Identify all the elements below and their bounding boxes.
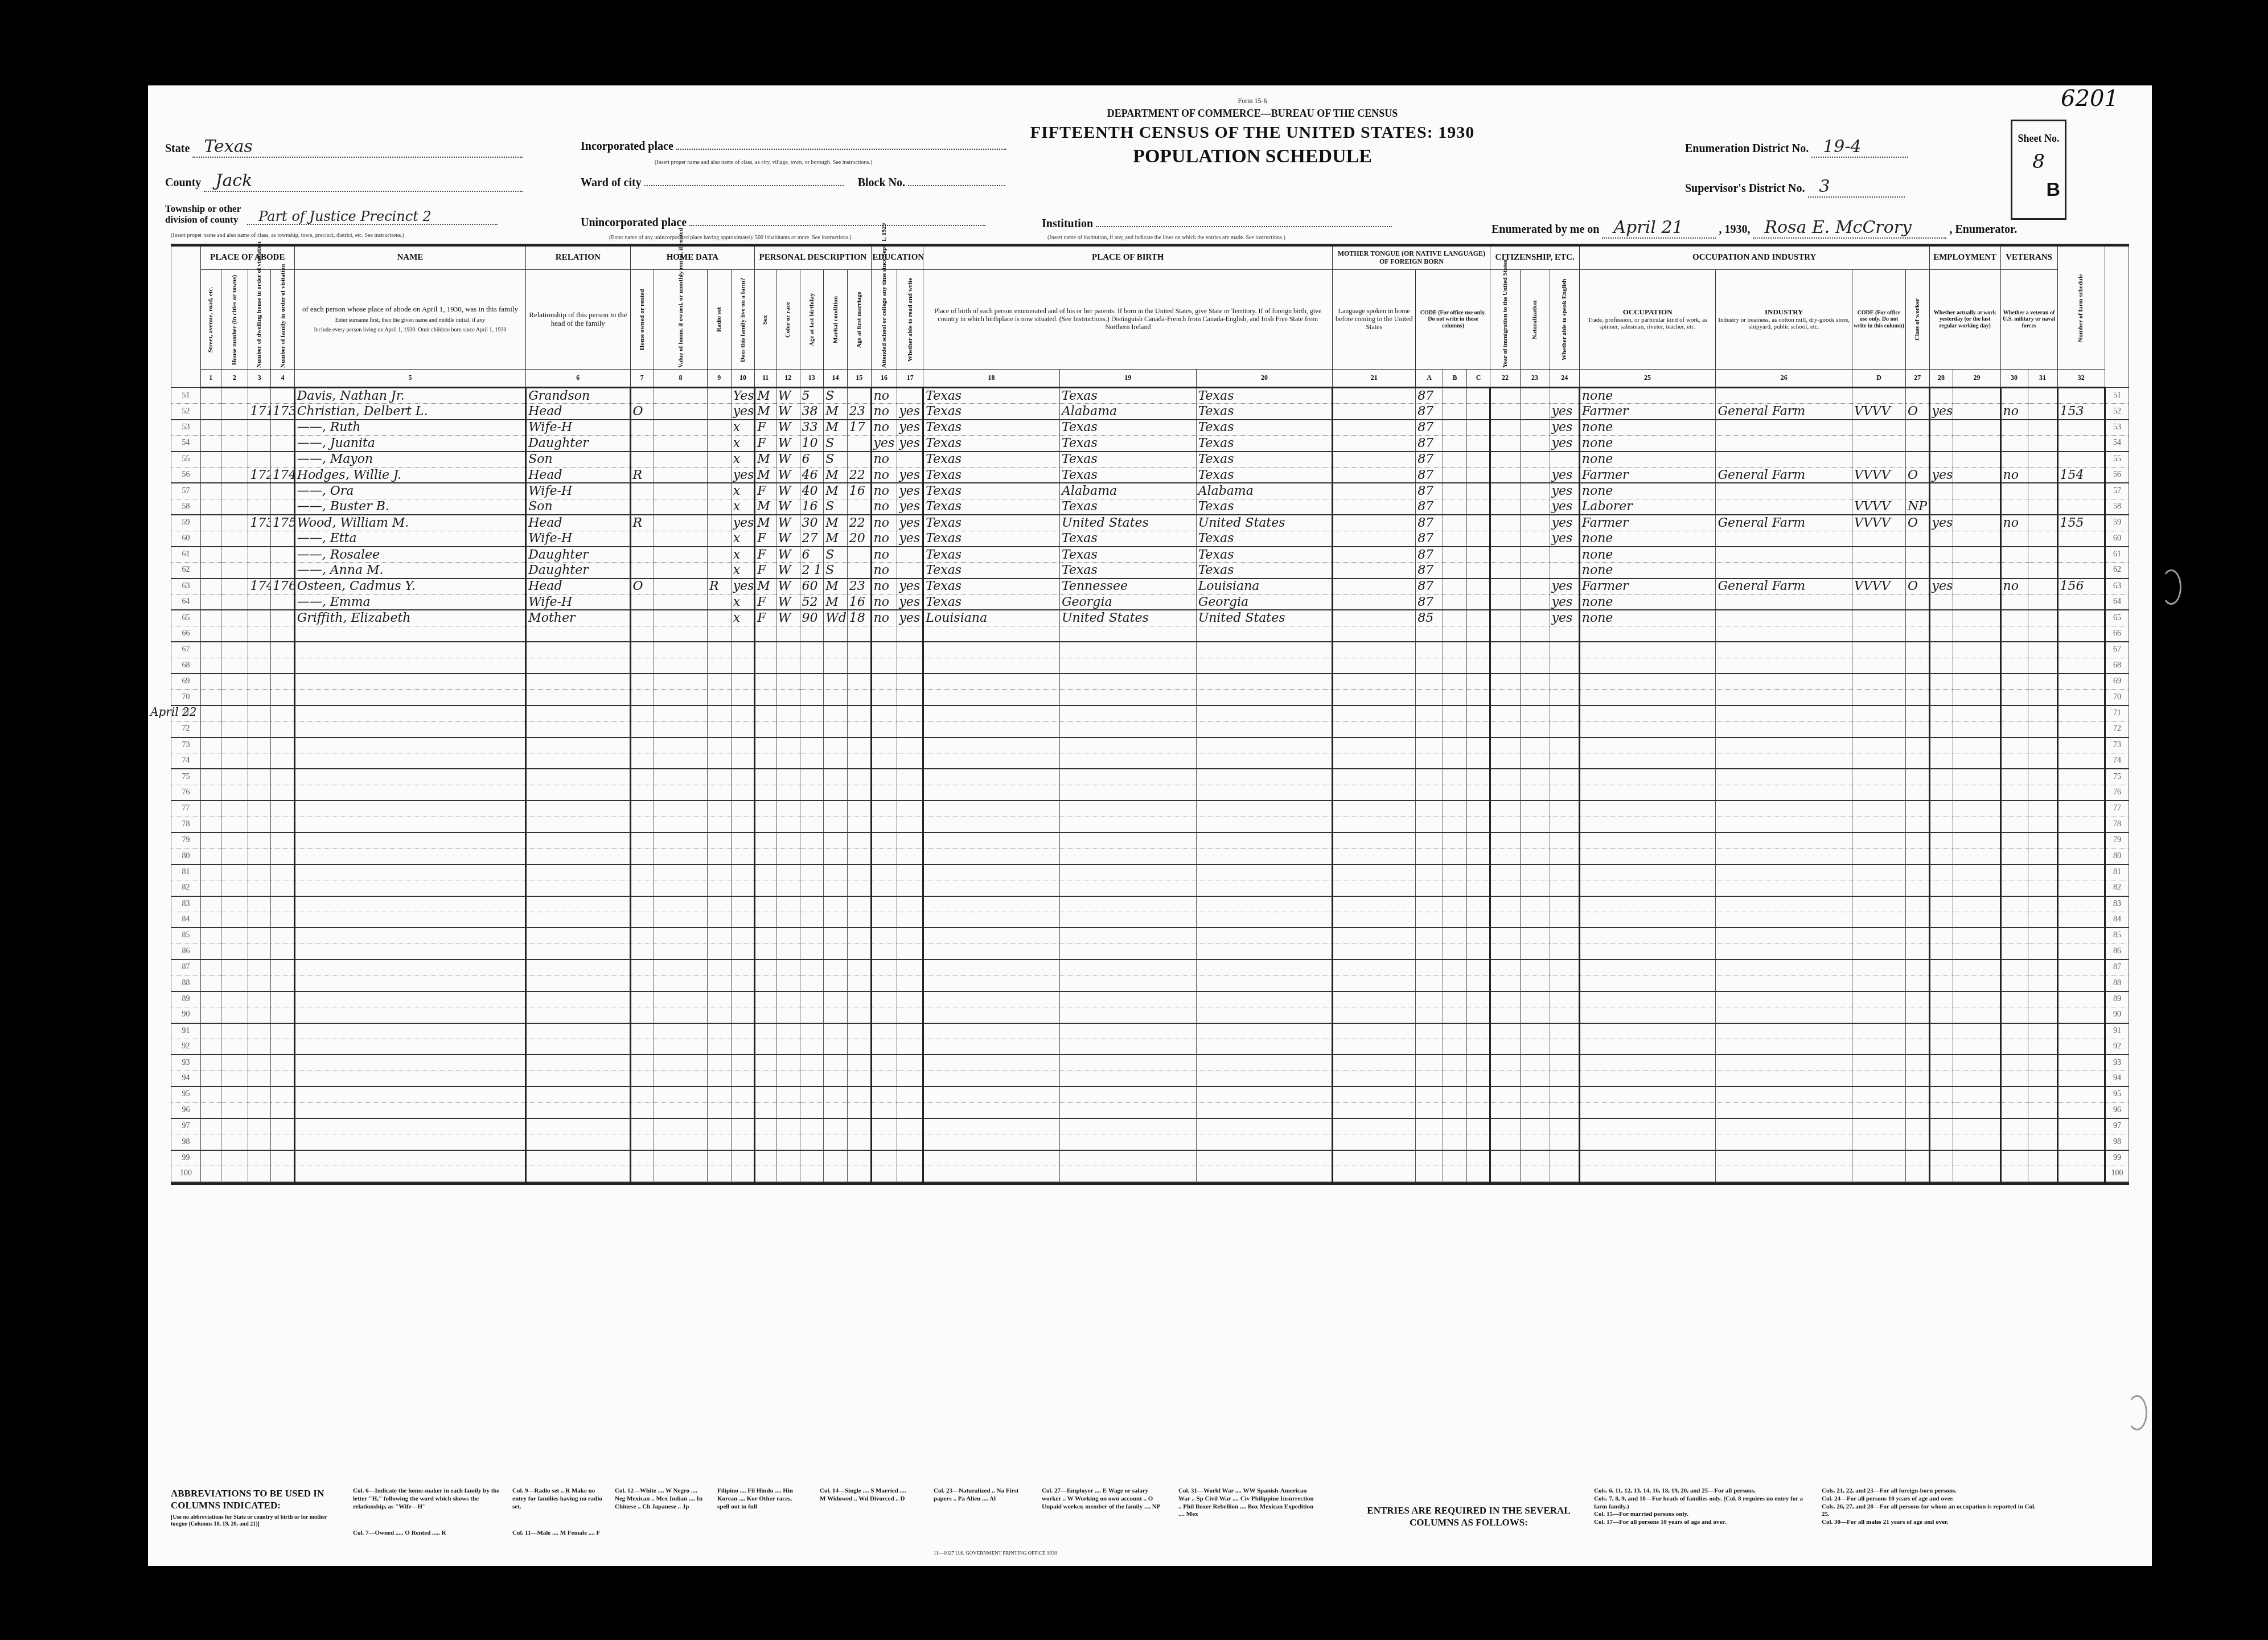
cell-marital [824, 1039, 848, 1055]
cell-ind-code [1852, 626, 1906, 642]
line-number: 97 [171, 1118, 201, 1134]
cell-language [1333, 579, 1416, 594]
cell-code-a [1416, 880, 1443, 896]
cell-race [776, 833, 800, 848]
cell-value [654, 452, 708, 468]
line-number-right: 93 [2105, 1055, 2129, 1071]
cell-relation [526, 896, 630, 912]
cell-race [776, 769, 800, 785]
cell-farm-schedule [2057, 594, 2105, 610]
cell-english [1550, 912, 1579, 928]
cell-english [1550, 626, 1579, 642]
line-number: 75 [171, 769, 201, 785]
cell-unemp-line [1953, 880, 2000, 896]
cell-worker-class [1905, 594, 1929, 610]
cell-occupation [1579, 928, 1716, 944]
cell-age: 10 [800, 436, 824, 452]
cell-code-b [1443, 579, 1467, 594]
cell-ind-code [1852, 785, 1906, 801]
cell-owned [630, 1023, 654, 1039]
cell-birth-mother [1196, 848, 1333, 864]
cell-race [776, 674, 800, 690]
cell-war [2028, 610, 2057, 626]
cell-house [221, 1055, 248, 1071]
cell-sex [755, 785, 776, 801]
line-number: 99 [171, 1150, 201, 1166]
cell-language [1333, 864, 1416, 880]
table-row: 63174176Osteen, Cadmus Y.HeadORyesMW60M2… [171, 579, 2129, 594]
cell-owned [630, 436, 654, 452]
cell-read [897, 658, 923, 674]
cell-race [776, 1086, 800, 1102]
cell-veteran [2000, 880, 2028, 896]
table-row: 62——, Anna M.DaughterxFW2 11/12SnoTexasT… [171, 563, 2129, 579]
cell-language [1333, 594, 1416, 610]
cell-veteran [2000, 499, 2028, 515]
cell-immigration [1490, 1055, 1520, 1071]
cell-birth-mother: Georgia [1196, 594, 1333, 610]
cell-radio: R [707, 579, 731, 594]
cell-farm: x [731, 531, 755, 547]
cell-house [221, 563, 248, 579]
cell-worker-class: NP [1905, 499, 1929, 515]
cell-worker-class [1905, 880, 1929, 896]
cell-value [654, 928, 708, 944]
cell-birth-person [923, 1007, 1060, 1023]
cell-farm [731, 880, 755, 896]
cell-sex [755, 1118, 776, 1134]
cell-house [221, 1039, 248, 1055]
cell-ind-code [1852, 531, 1906, 547]
cell-occupation: none [1579, 420, 1716, 436]
cell-veteran [2000, 706, 2028, 721]
cell-ind-code [1852, 547, 1906, 563]
cell-sex [755, 928, 776, 944]
cell-farm-schedule [2057, 991, 2105, 1007]
cell-occupation [1579, 737, 1716, 753]
cell-code-a [1416, 912, 1443, 928]
cell-code-c [1466, 975, 1490, 991]
cell-age: 60 [800, 579, 824, 594]
cell-war [2028, 1023, 2057, 1039]
cell-read [897, 642, 923, 658]
cell-unemp-line [1953, 1134, 2000, 1150]
cell-race [776, 1134, 800, 1150]
cell-age [800, 1134, 824, 1150]
cell-name: Griffith, Elizabeth [294, 610, 525, 626]
cell-farm-schedule [2057, 785, 2105, 801]
cell-relation: Son [526, 499, 630, 515]
cell-street [201, 737, 221, 753]
cell-naturalization [1520, 833, 1550, 848]
cell-unemp-line [1953, 928, 2000, 944]
cell-farm-schedule [2057, 864, 2105, 880]
cell-age-marriage [847, 563, 871, 579]
line-number-right: 76 [2105, 785, 2129, 801]
cell-ind-code [1852, 864, 1906, 880]
cell-naturalization [1520, 420, 1550, 436]
cell-house [221, 848, 248, 864]
cell-family [271, 674, 295, 690]
cell-industry [1716, 785, 1852, 801]
cell-birth-person: Texas [923, 467, 1060, 483]
cell-code-b [1443, 467, 1467, 483]
cell-dwelling [248, 1166, 271, 1182]
cell-code-c [1466, 404, 1490, 420]
cell-code-c [1466, 721, 1490, 737]
cell-ind-code [1852, 960, 1906, 975]
cell-naturalization [1520, 753, 1550, 769]
cell-farm [731, 658, 755, 674]
cell-veteran [2000, 436, 2028, 452]
cell-code-c [1466, 436, 1490, 452]
cell-owned [630, 896, 654, 912]
cell-farm [731, 1118, 755, 1134]
cell-birth-person [923, 864, 1060, 880]
cell-sex [755, 848, 776, 864]
cell-dwelling: 174 [248, 579, 271, 594]
cell-age [800, 975, 824, 991]
cell-race [776, 975, 800, 991]
line-number-right: 58 [2105, 499, 2129, 515]
cell-code-c [1466, 769, 1490, 785]
cell-occupation [1579, 626, 1716, 642]
cell-race [776, 753, 800, 769]
cell-read: yes [897, 499, 923, 515]
cell-immigration [1490, 721, 1520, 737]
cell-radio [707, 658, 731, 674]
cell-dwelling [248, 706, 271, 721]
cell-marital [824, 1055, 848, 1071]
cell-farm [731, 864, 755, 880]
cell-house [221, 626, 248, 642]
cell-war [2028, 499, 2057, 515]
cell-race [776, 817, 800, 833]
line-number: 62 [171, 563, 201, 579]
cell-marital [824, 880, 848, 896]
cell-ind-code [1852, 1166, 1906, 1182]
cell-school [871, 912, 897, 928]
cell-ind-code [1852, 1150, 1906, 1166]
cell-street [201, 785, 221, 801]
cell-sex: F [755, 594, 776, 610]
cell-ind-code [1852, 737, 1906, 753]
cell-race: W [776, 547, 800, 563]
cell-value [654, 1118, 708, 1134]
cell-relation [526, 1071, 630, 1086]
cell-age-marriage [847, 753, 871, 769]
cell-farm [731, 737, 755, 753]
cell-read [897, 1039, 923, 1055]
cell-english: yes [1550, 531, 1579, 547]
cell-value [654, 1007, 708, 1023]
cell-race [776, 785, 800, 801]
cell-at-work [1929, 690, 1953, 706]
cell-race [776, 991, 800, 1007]
table-row: 51Davis, Nathan Jr.GrandsonYesMW5SnoTexa… [171, 388, 2129, 404]
cell-english [1550, 864, 1579, 880]
cell-school [871, 658, 897, 674]
cell-code-b [1443, 658, 1467, 674]
cell-value [654, 896, 708, 912]
cell-name [294, 737, 525, 753]
cell-birth-mother: Texas [1196, 563, 1333, 579]
cell-marital [824, 801, 848, 817]
cell-read [897, 721, 923, 737]
cell-code-a [1416, 801, 1443, 817]
cell-code-b [1443, 404, 1467, 420]
cell-at-work: yes [1929, 515, 1953, 531]
cell-naturalization [1520, 769, 1550, 785]
cell-immigration [1490, 1150, 1520, 1166]
cell-radio [707, 642, 731, 658]
cell-age [800, 801, 824, 817]
cell-industry [1716, 594, 1852, 610]
cell-street [201, 404, 221, 420]
cell-owned [630, 960, 654, 975]
cell-at-work [1929, 563, 1953, 579]
cell-occupation [1579, 769, 1716, 785]
cell-farm: x [731, 483, 755, 499]
cell-industry [1716, 420, 1852, 436]
cell-language [1333, 912, 1416, 928]
cell-read: yes [897, 404, 923, 420]
cell-language [1333, 753, 1416, 769]
cell-unemp-line [1953, 515, 2000, 531]
cell-read [897, 960, 923, 975]
cell-race [776, 912, 800, 928]
cell-relation [526, 642, 630, 658]
cell-birth-mother [1196, 1023, 1333, 1039]
cell-name [294, 975, 525, 991]
cell-farm-schedule [2057, 753, 2105, 769]
cell-war [2028, 579, 2057, 594]
cell-worker-class [1905, 626, 1929, 642]
cell-code-c [1466, 1102, 1490, 1118]
cell-dwelling [248, 1086, 271, 1102]
cell-birth-person [923, 896, 1060, 912]
cell-school [871, 880, 897, 896]
cell-relation [526, 1086, 630, 1102]
state-field: State Texas [165, 137, 523, 158]
cell-house [221, 769, 248, 785]
cell-marital [824, 626, 848, 642]
cell-birth-person [923, 1086, 1060, 1102]
cell-family [271, 483, 295, 499]
cell-code-b [1443, 960, 1467, 975]
cell-unemp-line [1953, 1039, 2000, 1055]
cell-relation [526, 864, 630, 880]
column-number: D [1852, 370, 1906, 388]
cell-read [897, 1055, 923, 1071]
cell-ind-code [1852, 769, 1906, 785]
cell-english [1550, 721, 1579, 737]
cell-birth-mother: Texas [1196, 452, 1333, 468]
cell-ind-code [1852, 721, 1906, 737]
cell-occupation [1579, 991, 1716, 1007]
cell-occupation [1579, 864, 1716, 880]
cell-ind-code: VVVV [1852, 515, 1906, 531]
cell-farm-schedule [2057, 706, 2105, 721]
cell-race [776, 706, 800, 721]
cell-naturalization [1520, 944, 1550, 960]
cell-code-c [1466, 1150, 1490, 1166]
cell-read [897, 1071, 923, 1086]
cell-family [271, 1071, 295, 1086]
cell-naturalization [1520, 658, 1550, 674]
cell-age-marriage: 23 [847, 579, 871, 594]
cell-relation [526, 928, 630, 944]
cell-immigration [1490, 1134, 1520, 1150]
cell-farm-schedule [2057, 1150, 2105, 1166]
cell-birth-mother [1196, 1007, 1333, 1023]
cell-school: no [871, 531, 897, 547]
cell-name [294, 721, 525, 737]
column-number: 19 [1059, 370, 1196, 388]
cell-farm-schedule [2057, 1023, 2105, 1039]
column-number: 24 [1550, 370, 1579, 388]
cell-value [654, 467, 708, 483]
cell-immigration [1490, 658, 1520, 674]
cell-family [271, 944, 295, 960]
cell-dwelling [248, 848, 271, 864]
table-row: 8686 [171, 944, 2129, 960]
cell-ind-code [1852, 944, 1906, 960]
line-number-right: 94 [2105, 1071, 2129, 1086]
cell-ind-code [1852, 912, 1906, 928]
cell-street [201, 1023, 221, 1039]
cell-name [294, 642, 525, 658]
cell-relation [526, 880, 630, 896]
cell-sex [755, 1086, 776, 1102]
cell-read [897, 848, 923, 864]
line-number-right: 79 [2105, 833, 2129, 848]
cell-relation [526, 1166, 630, 1182]
cell-english [1550, 1055, 1579, 1071]
cell-school [871, 737, 897, 753]
cell-code-a [1416, 848, 1443, 864]
cell-naturalization [1520, 467, 1550, 483]
cell-birth-father [1059, 690, 1196, 706]
cell-code-b [1443, 1134, 1467, 1150]
cell-sex [755, 1007, 776, 1023]
cell-birth-person [923, 769, 1060, 785]
cell-family [271, 864, 295, 880]
cell-age-marriage: 22 [847, 467, 871, 483]
cell-farm [731, 896, 755, 912]
cell-industry [1716, 912, 1852, 928]
cell-at-work [1929, 928, 1953, 944]
cell-birth-person [923, 1118, 1060, 1134]
cell-birth-mother [1196, 721, 1333, 737]
cell-unemp-line [1953, 991, 2000, 1007]
cell-worker-class [1905, 388, 1929, 404]
line-number-right: 55 [2105, 452, 2129, 468]
cell-birth-person [923, 912, 1060, 928]
cell-sex [755, 658, 776, 674]
institution-field: Institution [1042, 218, 1392, 231]
cell-code-b [1443, 896, 1467, 912]
cell-age-marriage [847, 848, 871, 864]
table-row: 56172174Hodges, Willie J.HeadRyesMW46M22… [171, 467, 2129, 483]
cell-worker-class [1905, 1166, 1929, 1182]
cell-sex [755, 721, 776, 737]
cell-code-b [1443, 483, 1467, 499]
cell-farm-schedule [2057, 610, 2105, 626]
cell-owned [630, 991, 654, 1007]
cell-school [871, 626, 897, 642]
cell-industry [1716, 1134, 1852, 1150]
cell-naturalization [1520, 737, 1550, 753]
cell-war [2028, 467, 2057, 483]
cell-english [1550, 690, 1579, 706]
table-row: 8585 [171, 928, 2129, 944]
cell-birth-mother [1196, 737, 1333, 753]
cell-birth-father [1059, 1086, 1196, 1102]
cell-age [800, 1023, 824, 1039]
cell-street [201, 1039, 221, 1055]
cell-veteran [2000, 388, 2028, 404]
cell-value [654, 642, 708, 658]
line-number: 86 [171, 944, 201, 960]
cell-name: Osteen, Cadmus Y. [294, 579, 525, 594]
cell-school: no [871, 452, 897, 468]
line-number-right: 92 [2105, 1039, 2129, 1055]
cell-age-marriage [847, 991, 871, 1007]
cell-sex [755, 1150, 776, 1166]
cell-occupation [1579, 1102, 1716, 1118]
cell-family [271, 420, 295, 436]
cell-farm [731, 801, 755, 817]
cell-radio [707, 388, 731, 404]
cell-code-c [1466, 483, 1490, 499]
cell-language [1333, 1166, 1416, 1182]
cell-code-b [1443, 833, 1467, 848]
cell-immigration [1490, 452, 1520, 468]
column-number: 22 [1490, 370, 1520, 388]
cell-industry [1716, 690, 1852, 706]
line-number-right: 90 [2105, 1007, 2129, 1023]
cell-birth-father [1059, 817, 1196, 833]
cell-birth-person [923, 721, 1060, 737]
cell-relation: Daughter [526, 436, 630, 452]
cell-code-b [1443, 991, 1467, 1007]
line-number: 58 [171, 499, 201, 515]
cell-naturalization [1520, 515, 1550, 531]
cell-unemp-line [1953, 594, 2000, 610]
cell-farm-schedule [2057, 896, 2105, 912]
cell-code-a: 87 [1416, 467, 1443, 483]
cell-veteran [2000, 1055, 2028, 1071]
cell-at-work [1929, 610, 1953, 626]
cell-code-c [1466, 785, 1490, 801]
cell-age-marriage: 23 [847, 404, 871, 420]
cell-occupation [1579, 1086, 1716, 1102]
cell-language [1333, 547, 1416, 563]
line-number-right: 54 [2105, 436, 2129, 452]
cell-radio [707, 690, 731, 706]
cell-birth-mother [1196, 658, 1333, 674]
cell-farm: yes [731, 515, 755, 531]
cell-code-c [1466, 864, 1490, 880]
line-number-right: 100 [2105, 1166, 2129, 1182]
cell-family [271, 880, 295, 896]
cell-worker-class [1905, 753, 1929, 769]
cell-ind-code [1852, 610, 1906, 626]
cell-industry [1716, 706, 1852, 721]
cell-code-c [1466, 944, 1490, 960]
cell-war [2028, 1102, 2057, 1118]
